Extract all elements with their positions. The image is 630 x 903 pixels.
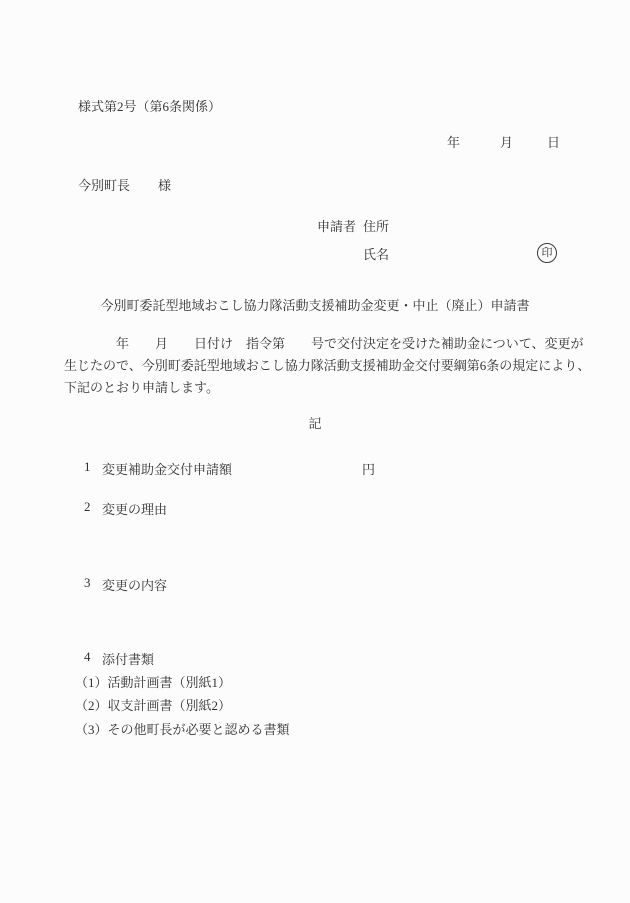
- applicant-address-row: 申請者住所: [317, 216, 389, 235]
- item-label: 変更の内容: [102, 575, 167, 594]
- item-change-details: 3変更の内容: [84, 575, 167, 594]
- addressee-honorific: 様: [158, 178, 171, 193]
- applicant-label: 申請者: [317, 216, 363, 235]
- applicant-name-label: 氏名: [363, 244, 389, 263]
- body-paragraph: 年 月 日付け 指令第 号で交付決定を受けた補助金について、変更が 生じたので、…: [64, 333, 594, 399]
- seal-mark-icon: 印: [537, 243, 557, 263]
- attachment-entry: （1）活動計画書（別紙1）: [75, 672, 231, 691]
- body-line: 年 月 日付け 指令第 号で交付決定を受けた補助金について、変更が: [64, 333, 594, 355]
- attachment-entry: （2）収支計画書（別紙2）: [75, 695, 231, 714]
- date-day-label: 日: [547, 132, 560, 151]
- item-attachments: 4添付書類: [84, 649, 154, 668]
- addressee-name: 今別町長: [78, 175, 158, 194]
- document-page: 様式第2号（第6条関係） 年 月 日 今別町長様 申請者住所 氏名 印 今別町委…: [0, 0, 630, 903]
- item-application-amount: 1変更補助金交付申請額 円: [84, 459, 484, 478]
- item-number: 3: [84, 575, 102, 594]
- yen-unit-label: 円: [362, 459, 375, 478]
- form-number: 様式第2号（第6条関係）: [78, 96, 221, 115]
- applicant-address-label: 住所: [363, 219, 389, 234]
- date-year-label: 年: [447, 132, 460, 151]
- date-month-label: 月: [500, 132, 513, 151]
- seal-text: 印: [542, 247, 553, 259]
- item-label: 添付書類: [102, 649, 154, 668]
- body-line: 下記のとおり申請します。: [64, 377, 594, 399]
- body-line: 生じたので、今別町委託型地域おこし協力隊活動支援補助金交付要綱第6条の規定により…: [64, 355, 594, 377]
- date-line: 年 月 日: [447, 132, 577, 148]
- document-title: 今別町委託型地域おこし協力隊活動支援補助金変更・中止（廃止）申請書: [0, 295, 630, 314]
- item-number: 1: [84, 459, 102, 478]
- item-number: 2: [84, 499, 102, 518]
- item-label: 変更補助金交付申請額: [102, 459, 232, 478]
- item-change-reason: 2変更の理由: [84, 499, 167, 518]
- attachment-entry: （3）その他町長が必要と認める書類: [75, 719, 290, 738]
- item-number: 4: [84, 649, 102, 668]
- item-label: 変更の理由: [102, 499, 167, 518]
- addressee-line: 今別町長様: [78, 175, 171, 194]
- record-marker: 記: [0, 413, 630, 432]
